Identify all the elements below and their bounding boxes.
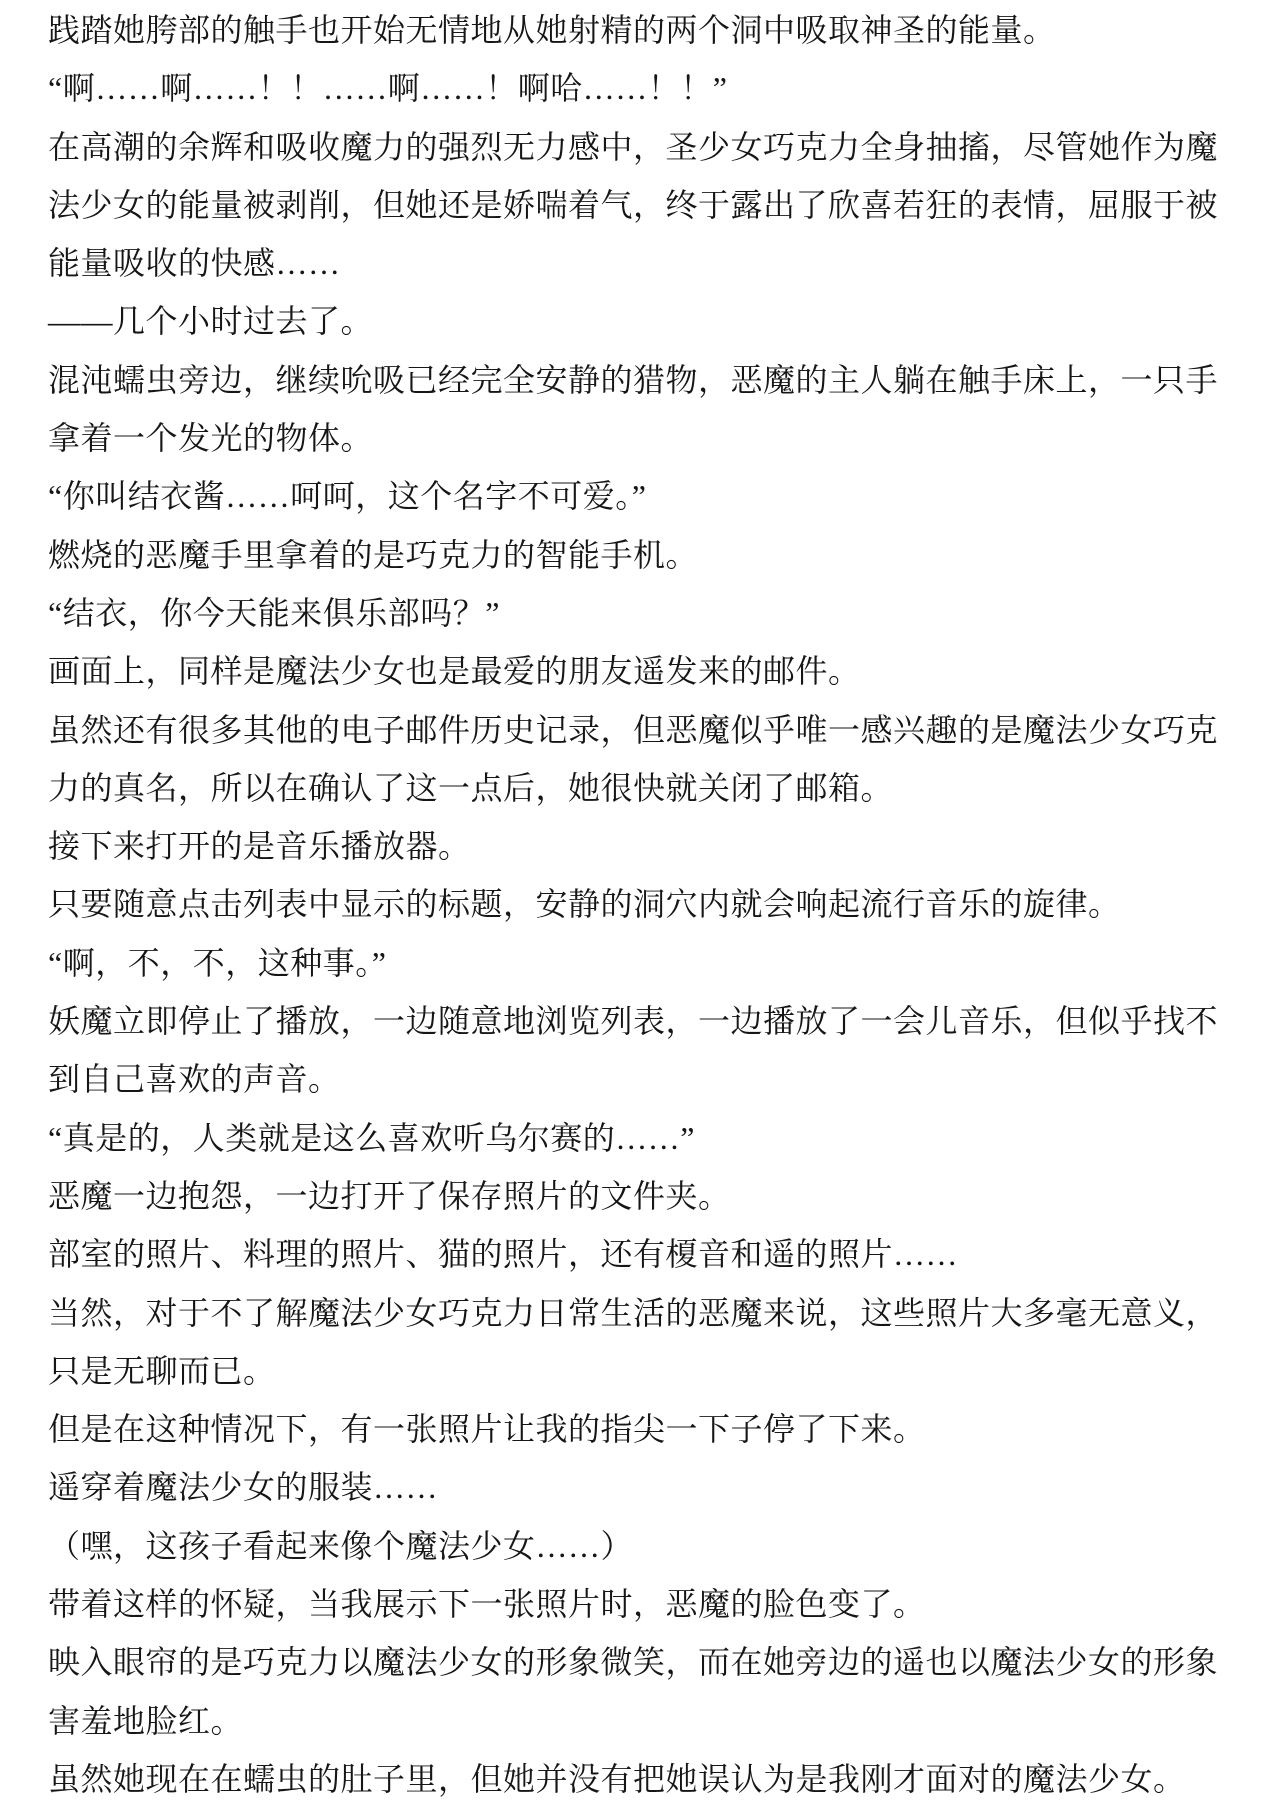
text-line: “啊，不，不，这种事。” [48,934,1224,992]
text-line: “结衣，你今天能来俱乐部吗？” [48,584,1224,642]
text-line: 妖魔立即停止了播放，一边随意地浏览列表，一边播放了一会儿音乐，但似乎找不 [48,992,1224,1050]
text-line: 带着这样的怀疑，当我展示下一张照片时，恶魔的脸色变了。 [48,1575,1224,1633]
text-line: 部室的照片、料理的照片、猫的照片，还有榎音和遥的照片…… [48,1225,1224,1283]
text-line: 法少女的能量被剥削，但她还是娇喘着气，终于露出了欣喜若狂的表情，屈服于被 [48,176,1224,234]
novel-text-page: 践踏她胯部的触手也开始无情地从她射精的两个洞中吸取神圣的能量。 “啊……啊……！… [0,0,1280,1810]
text-line: 但是在这种情况下，有一张照片让我的指尖一下子停了下来。 [48,1400,1224,1458]
text-line: 虽然她现在在蠕虫的肚子里，但她并没有把她误认为是我刚才面对的魔法少女。 [48,1750,1224,1808]
text-line: 力的真名，所以在确认了这一点后，她很快就关闭了邮箱。 [48,759,1224,817]
text-line: 只是无聊而已。 [48,1342,1224,1400]
text-line: 害羞地脸红。 [48,1692,1224,1750]
text-line: 燃烧的恶魔手里拿着的是巧克力的智能手机。 [48,526,1224,584]
text-line: 恶魔一边抱怨，一边打开了保存照片的文件夹。 [48,1167,1224,1225]
text-line: 拿着一个发光的物体。 [48,409,1224,467]
text-line: 在高潮的余辉和吸收魔力的强烈无力感中，圣少女巧克力全身抽搐，尽管她作为魔 [48,118,1224,176]
text-line: 接下来打开的是音乐播放器。 [48,817,1224,875]
text-line: “你叫结衣酱……呵呵，这个名字不可爱。” [48,467,1224,525]
text-line: 践踏她胯部的触手也开始无情地从她射精的两个洞中吸取神圣的能量。 [48,1,1224,59]
text-line: 到自己喜欢的声音。 [48,1050,1224,1108]
text-line: 映入眼帘的是巧克力以魔法少女的形象微笑，而在她旁边的遥也以魔法少女的形象 [48,1633,1224,1691]
text-line: ——几个小时过去了。 [48,292,1224,350]
text-line: 虽然还有很多其他的电子邮件历史记录，但恶魔似乎唯一感兴趣的是魔法少女巧克 [48,701,1224,759]
text-line: 画面上，同样是魔法少女也是最爱的朋友遥发来的邮件。 [48,642,1224,700]
text-line: 只要随意点击列表中显示的标题，安静的洞穴内就会响起流行音乐的旋律。 [48,875,1224,933]
text-line: （嘿，这孩子看起来像个魔法少女……） [48,1517,1224,1575]
text-line: 能量吸收的快感…… [48,234,1224,292]
text-line: 当然，对于不了解魔法少女巧克力日常生活的恶魔来说，这些照片大多毫无意义， [48,1284,1224,1342]
text-line: 遥穿着魔法少女的服装…… [48,1458,1224,1516]
text-line: “真是的，人类就是这么喜欢听乌尔赛的……” [48,1109,1224,1167]
text-line: “啊……啊……！！……啊……！啊哈……！！” [48,59,1224,117]
text-line: 混沌蠕虫旁边，继续吮吸已经完全安静的猎物，恶魔的主人躺在触手床上，一只手 [48,351,1224,409]
